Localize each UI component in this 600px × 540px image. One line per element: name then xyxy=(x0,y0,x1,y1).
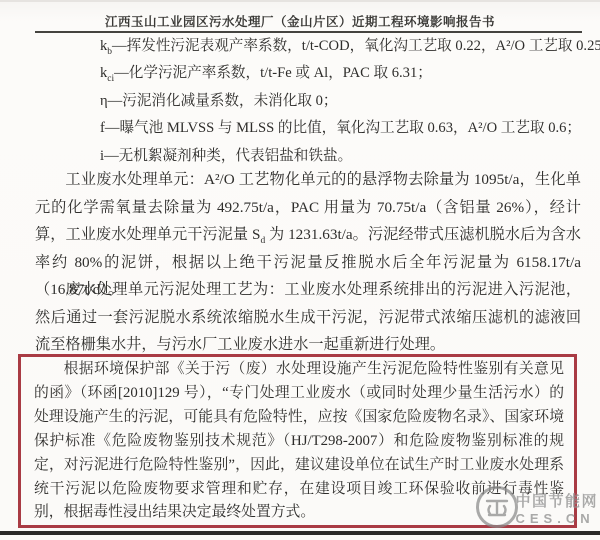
page-top-edge xyxy=(0,0,600,2)
watermark-site-name: 中国节能网 xyxy=(515,494,598,510)
definition-text: —挥发性污泥表观产率系数，t/t-COD，氧化沟工艺取 0.22，A²/O 工艺… xyxy=(112,38,600,54)
definition-line-kci: kci—化学污泥产率系数，t/t-Fe 或 Al，PAC 取 6.31； xyxy=(100,60,590,87)
definitions-list: kb—挥发性污泥表观产率系数，t/t-COD，氧化沟工艺取 0.22，A²/O … xyxy=(100,33,590,170)
watermark-text: 中国节能网 CES.CN xyxy=(515,494,598,525)
watermark-domain: CES.CN xyxy=(515,512,598,526)
definition-text: —化学污泥产率系数，t/t-Fe 或 Al，PAC 取 6.31； xyxy=(114,65,432,81)
definition-line-eta: η—污泥消化减量系数，未消化取 0； xyxy=(100,88,590,115)
definition-text: —无机絮凝剂种类，代表铝盐和铁盐。 xyxy=(104,148,352,164)
ces-logo-icon xyxy=(474,484,520,535)
definition-text: —污泥消化减量系数，未消化取 0； xyxy=(108,93,338,109)
definition-line-f: f—曝气池 MLVSS 与 MLSS 的比值，氧化沟工艺取 0.63，A²/O … xyxy=(100,115,590,142)
document-title: 江西玉山工业园区污水处理厂（金山片区）近期工程环境影响报告书 xyxy=(0,12,600,30)
symbol: η xyxy=(100,93,108,109)
definition-line-kb: kb—挥发性污泥表观产率系数，t/t-COD，氧化沟工艺取 0.22，A²/O … xyxy=(100,33,590,60)
definition-text: —曝气池 MLVSS 与 MLSS 的比值，氧化沟工艺取 0.63，A²/O 工… xyxy=(105,120,581,136)
paragraph-sludge-process: 废水处理单元污泥处理工艺为：工业废水处理系统排出的污泥进入污泥池，然后通过一套污… xyxy=(35,276,581,359)
watermark: 中国节能网 CES.CN xyxy=(474,484,598,535)
document-page: 江西玉山工业园区污水处理厂（金山片区）近期工程环境影响报告书 kb—挥发性污泥表… xyxy=(0,0,600,540)
